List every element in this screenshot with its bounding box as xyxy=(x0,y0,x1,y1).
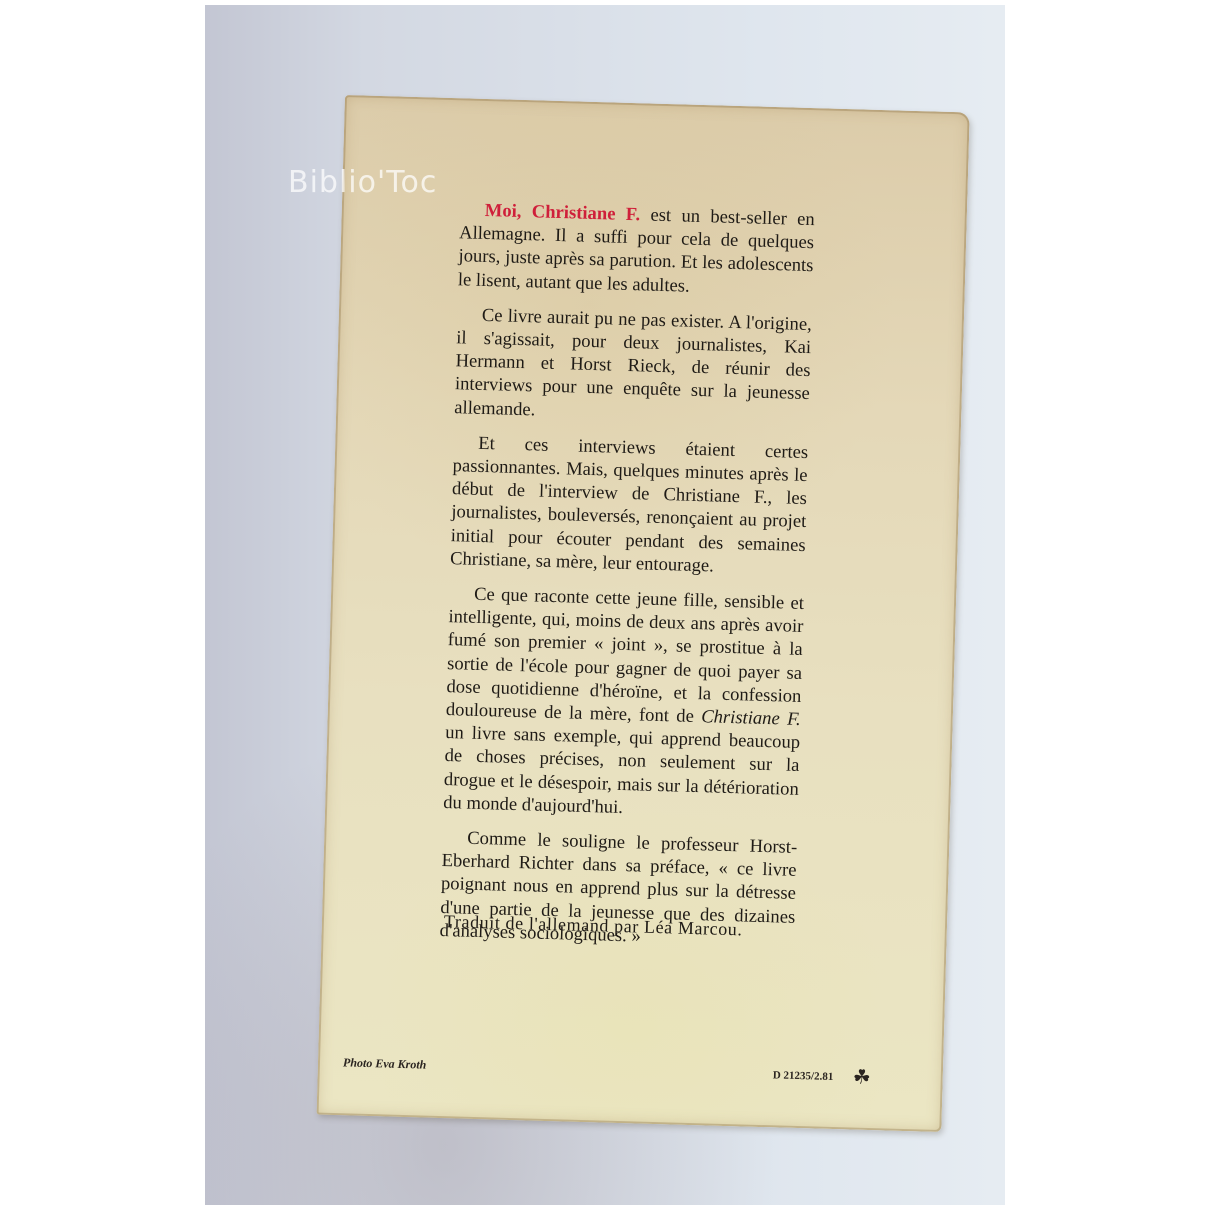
catalog-code: D 21235/2.81 xyxy=(773,1069,834,1083)
book-title-red: Moi, Christiane F. xyxy=(485,200,641,225)
book-title-italic: Christiane F. xyxy=(701,706,801,730)
blurb-paragraph-1: Moi, Christiane F. est un best-seller en… xyxy=(458,198,815,301)
book-back-cover: Moi, Christiane F. est un best-seller en… xyxy=(317,95,970,1132)
blurb-text: Moi, Christiane F. est un best-seller en… xyxy=(439,198,815,964)
blurb-paragraph-2: Ce livre aurait pu ne pas exister. A l'o… xyxy=(454,303,812,429)
photo-credit: Photo Eva Kroth xyxy=(343,1055,427,1072)
blurb-paragraph-3: Et ces interviews étaient certes passion… xyxy=(450,431,809,580)
publisher-logo-icon: ☘ xyxy=(852,1065,871,1090)
blurb-paragraph-4: Ce que raconte cette jeune fille, sensib… xyxy=(443,582,804,824)
watermark-logo: Biblio'Toc xyxy=(288,165,437,200)
photo-background: Biblio'Toc Moi, Christiane F. est un bes… xyxy=(205,5,1005,1205)
